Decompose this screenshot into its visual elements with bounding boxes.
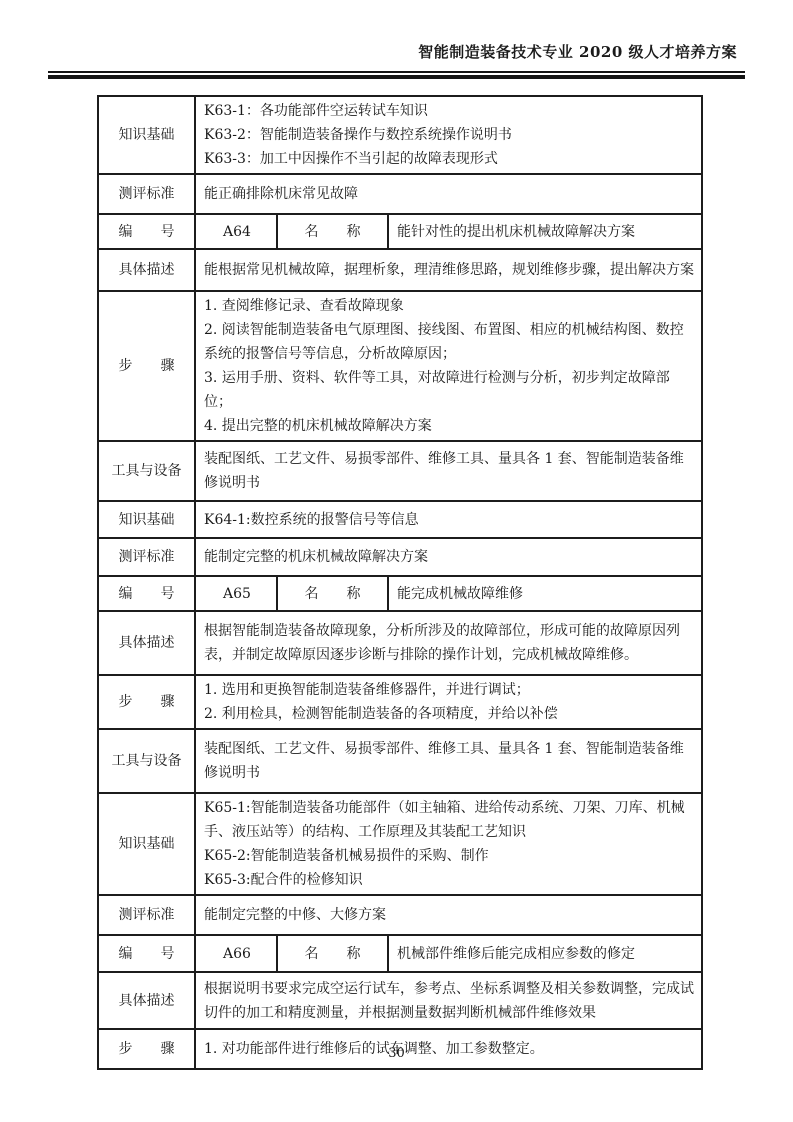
content-line: 3. 运用手册、资料、软件等工具，对故障进行检测与分析，初步判定故障部位；: [204, 366, 695, 414]
table-row: 步 骤1. 选用和更换智能制造装备维修器件，并进行调试；2. 利用检具，检测智能…: [98, 675, 702, 729]
row-label-cell: 编 号: [98, 576, 195, 611]
content-line: 1. 选用和更换智能制造装备维修器件，并进行调试；: [204, 678, 695, 702]
content-line: K65-1:智能制造装备功能部件（如主轴箱、进给传动系统、刀架、刀库、机械手、液…: [204, 796, 695, 844]
content-line: 装配图纸、工艺文件、易损零部件、维修工具、量具各 1 套、智能制造装备维修说明书: [204, 737, 695, 785]
row-content-cell: 1. 查阅维修记录、查看故障现象2. 阅读智能制造装备电气原理图、接线图、布置图…: [195, 291, 702, 441]
task-name-cell: 能针对性的提出机床机械故障解决方案: [388, 214, 702, 249]
row-label-cell: 测评标准: [98, 174, 195, 214]
row-label-cell: 知识基础: [98, 501, 195, 538]
content-line: K64-1:数控系统的报警信号等信息: [204, 508, 695, 532]
table-row: 具体描述根据说明书要求完成空运行试车，参考点、坐标系调整及相关参数调整，完成试切…: [98, 972, 702, 1029]
content-line: K63-2：智能制造装备操作与数控系统操作说明书: [204, 123, 695, 147]
table-row: 编 号A64名 称能针对性的提出机床机械故障解决方案: [98, 214, 702, 249]
content-line: K65-3:配合件的检修知识: [204, 868, 695, 892]
row-label-cell: 编 号: [98, 935, 195, 972]
content-line: K63-3：加工中因操作不当引起的故障表现形式: [204, 147, 695, 171]
row-content-cell: K63-1：各功能部件空运转试车知识K63-2：智能制造装备操作与数控系统操作说…: [195, 96, 702, 174]
row-label-cell: 具体描述: [98, 249, 195, 291]
row-content-cell: 装配图纸、工艺文件、易损零部件、维修工具、量具各 1 套、智能制造装备维修说明书: [195, 729, 702, 793]
table-row: 测评标准能制定完整的机床机械故障解决方案: [98, 538, 702, 576]
content-line: 4. 提出完整的机床机械故障解决方案: [204, 414, 695, 438]
content-line: 根据说明书要求完成空运行试车，参考点、坐标系调整及相关参数调整，完成试切件的加工…: [204, 977, 695, 1025]
row-label-cell: 测评标准: [98, 895, 195, 935]
content-line: K63-1：各功能部件空运转试车知识: [204, 99, 695, 123]
page-number: 30: [0, 1046, 793, 1061]
header-double-rule: [48, 71, 745, 79]
row-content-cell: 能制定完整的中修、大修方案: [195, 895, 702, 935]
content-line: 1. 查阅维修记录、查看故障现象: [204, 294, 695, 318]
row-label-cell: 具体描述: [98, 611, 195, 675]
table-row: 测评标准能制定完整的中修、大修方案: [98, 895, 702, 935]
table-row: 编 号A65名 称能完成机械故障维修: [98, 576, 702, 611]
row-label-cell: 编 号: [98, 214, 195, 249]
table-row: 具体描述根据智能制造装备故障现象，分析所涉及的故障部位，形成可能的故障原因列表，…: [98, 611, 702, 675]
content-line: 能制定完整的机床机械故障解决方案: [204, 545, 695, 569]
row-label-cell: 具体描述: [98, 972, 195, 1029]
table-row: 具体描述能根据常见机械故障，据理析象，理清维修思路，规划维修步骤，提出解决方案: [98, 249, 702, 291]
table-row: 工具与设备装配图纸、工艺文件、易损零部件、维修工具、量具各 1 套、智能制造装备…: [98, 441, 702, 501]
task-code-cell: A64: [195, 214, 277, 249]
content-line: 装配图纸、工艺文件、易损零部件、维修工具、量具各 1 套、智能制造装备维修说明书: [204, 447, 695, 495]
table-row: 编 号A66名 称机械部件维修后能完成相应参数的修定: [98, 935, 702, 972]
training-task-table-body: 知识基础K63-1：各功能部件空运转试车知识K63-2：智能制造装备操作与数控系…: [98, 96, 702, 1069]
row-label-cell: 工具与设备: [98, 729, 195, 793]
task-code-cell: A66: [195, 935, 277, 972]
content-line: 能正确排除机床常见故障: [204, 182, 695, 206]
row-label-cell: 知识基础: [98, 793, 195, 895]
row-content-cell: 能根据常见机械故障，据理析象，理清维修思路，规划维修步骤，提出解决方案: [195, 249, 702, 291]
row-content-cell: 根据说明书要求完成空运行试车，参考点、坐标系调整及相关参数调整，完成试切件的加工…: [195, 972, 702, 1029]
row-content-cell: 1. 选用和更换智能制造装备维修器件，并进行调试；2. 利用检具，检测智能制造装…: [195, 675, 702, 729]
content-line: 能根据常见机械故障，据理析象，理清维修思路，规划维修步骤，提出解决方案: [204, 258, 695, 282]
row-label-cell: 工具与设备: [98, 441, 195, 501]
table-row: 知识基础K63-1：各功能部件空运转试车知识K63-2：智能制造装备操作与数控系…: [98, 96, 702, 174]
training-task-table: 知识基础K63-1：各功能部件空运转试车知识K63-2：智能制造装备操作与数控系…: [97, 95, 703, 1070]
content-line: 能制定完整的中修、大修方案: [204, 903, 695, 927]
row-content-cell: K65-1:智能制造装备功能部件（如主轴箱、进给传动系统、刀架、刀库、机械手、液…: [195, 793, 702, 895]
table-row: 知识基础K64-1:数控系统的报警信号等信息: [98, 501, 702, 538]
task-code-cell: A65: [195, 576, 277, 611]
row-content-cell: 装配图纸、工艺文件、易损零部件、维修工具、量具各 1 套、智能制造装备维修说明书: [195, 441, 702, 501]
row-content-cell: 能制定完整的机床机械故障解决方案: [195, 538, 702, 576]
task-name-label-cell: 名 称: [277, 935, 388, 972]
task-name-cell: 机械部件维修后能完成相应参数的修定: [388, 935, 702, 972]
row-label-cell: 步 骤: [98, 291, 195, 441]
row-content-cell: 能正确排除机床常见故障: [195, 174, 702, 214]
table-row: 工具与设备装配图纸、工艺文件、易损零部件、维修工具、量具各 1 套、智能制造装备…: [98, 729, 702, 793]
document-page: 智能制造装备技术专业 2020 级人才培养方案 知识基础K63-1：各功能部件空…: [0, 0, 793, 1122]
content-line: K65-2:智能制造装备机械易损件的采购、制作: [204, 844, 695, 868]
table-row: 测评标准能正确排除机床常见故障: [98, 174, 702, 214]
content-line: 根据智能制造装备故障现象，分析所涉及的故障部位，形成可能的故障原因列表，并制定故…: [204, 619, 695, 667]
header-rule-thick-line: [48, 75, 745, 79]
content-line: 2. 利用检具，检测智能制造装备的各项精度，并给以补偿: [204, 702, 695, 726]
row-label-cell: 测评标准: [98, 538, 195, 576]
content-line: 2. 阅读智能制造装备电气原理图、接线图、布置图、相应的机械结构图、数控系统的报…: [204, 318, 695, 366]
task-name-label-cell: 名 称: [277, 576, 388, 611]
row-label-cell: 步 骤: [98, 675, 195, 729]
row-content-cell: 根据智能制造装备故障现象，分析所涉及的故障部位，形成可能的故障原因列表，并制定故…: [195, 611, 702, 675]
task-name-cell: 能完成机械故障维修: [388, 576, 702, 611]
row-label-cell: 知识基础: [98, 96, 195, 174]
task-name-label-cell: 名 称: [277, 214, 388, 249]
page-header-title: 智能制造装备技术专业 2020 级人才培养方案: [48, 41, 737, 62]
table-row: 步 骤1. 查阅维修记录、查看故障现象2. 阅读智能制造装备电气原理图、接线图、…: [98, 291, 702, 441]
table-row: 知识基础K65-1:智能制造装备功能部件（如主轴箱、进给传动系统、刀架、刀库、机…: [98, 793, 702, 895]
row-content-cell: K64-1:数控系统的报警信号等信息: [195, 501, 702, 538]
